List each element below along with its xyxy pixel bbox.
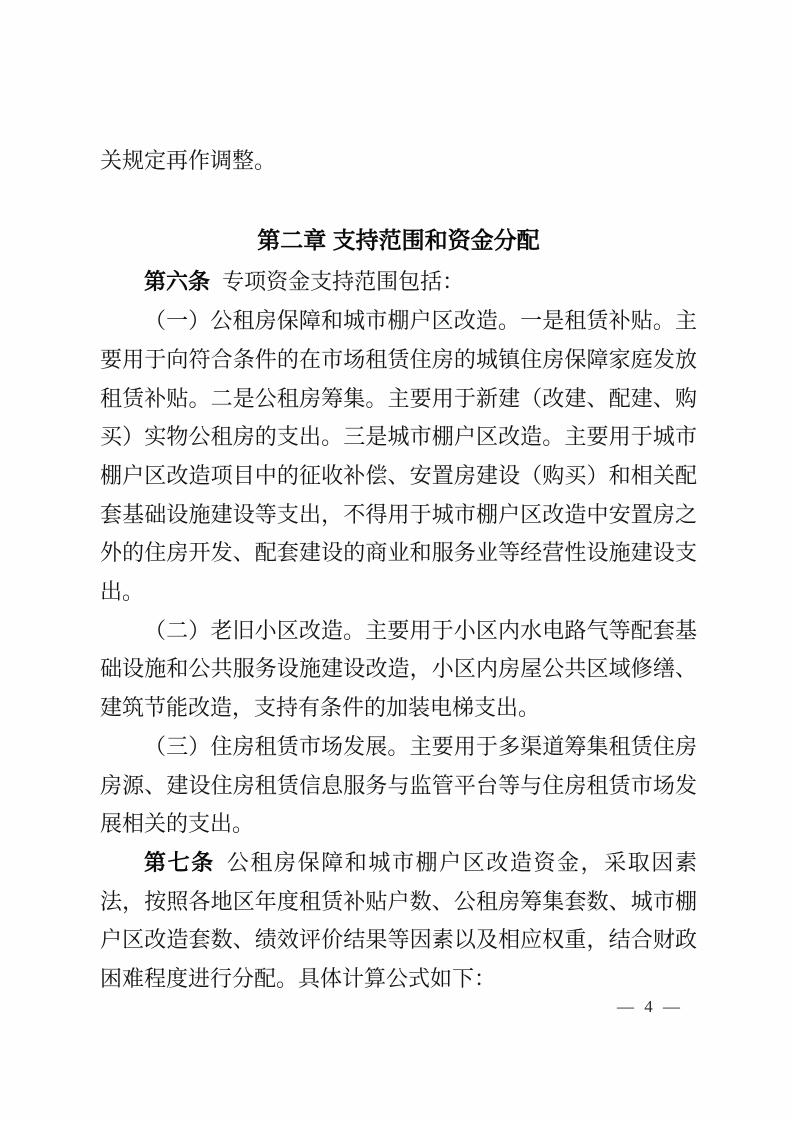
continuation-text: 关规定再作调整。 [100, 142, 697, 181]
body-paragraph: （二）老旧小区改造。主要用于小区内水电路气等配套基础设施和公共服务设施建设改造，… [100, 612, 697, 728]
body-paragraph: 第六条专项资金支持范围包括： [100, 263, 697, 302]
body-paragraph: 第七条公租房保障和城市棚户区改造资金，采取因素法，按照各地区年度租赁补贴户数、公… [100, 844, 697, 999]
chapter-heading: 第二章 支持范围和资金分配 [100, 221, 697, 260]
article-number-label: 第六条 [144, 269, 210, 294]
body-paragraph: （一）公租房保障和城市棚户区改造。一是租赁补贴。主要用于向符合条件的在市场租赁住… [100, 302, 697, 612]
document-content: 关规定再作调整。 第二章 支持范围和资金分配 第六条专项资金支持范围包括：（一）… [100, 0, 697, 999]
body-paragraph: （三）住房租赁市场发展。主要用于多渠道筹集租赁住房房源、建设住房租赁信息服务与监… [100, 728, 697, 844]
paragraph-text: （二）老旧小区改造。主要用于小区内水电路气等配套基础设施和公共服务设施建设改造，… [100, 618, 697, 720]
paragraph-text: （一）公租房保障和城市棚户区改造。一是租赁补贴。主要用于向符合条件的在市场租赁住… [100, 308, 697, 604]
document-page: 关规定再作调整。 第二章 支持范围和资金分配 第六条专项资金支持范围包括：（一）… [0, 0, 793, 1122]
article-paragraphs: 第六条专项资金支持范围包括：（一）公租房保障和城市棚户区改造。一是租赁补贴。主要… [100, 263, 697, 998]
article-number-label: 第七条 [144, 850, 215, 875]
page-number: — 4 — [617, 997, 683, 1017]
paragraph-text: 专项资金支持范围包括： [222, 269, 464, 294]
paragraph-text: （三）住房租赁市场发展。主要用于多渠道筹集租赁住房房源、建设住房租赁信息服务与监… [100, 734, 697, 836]
